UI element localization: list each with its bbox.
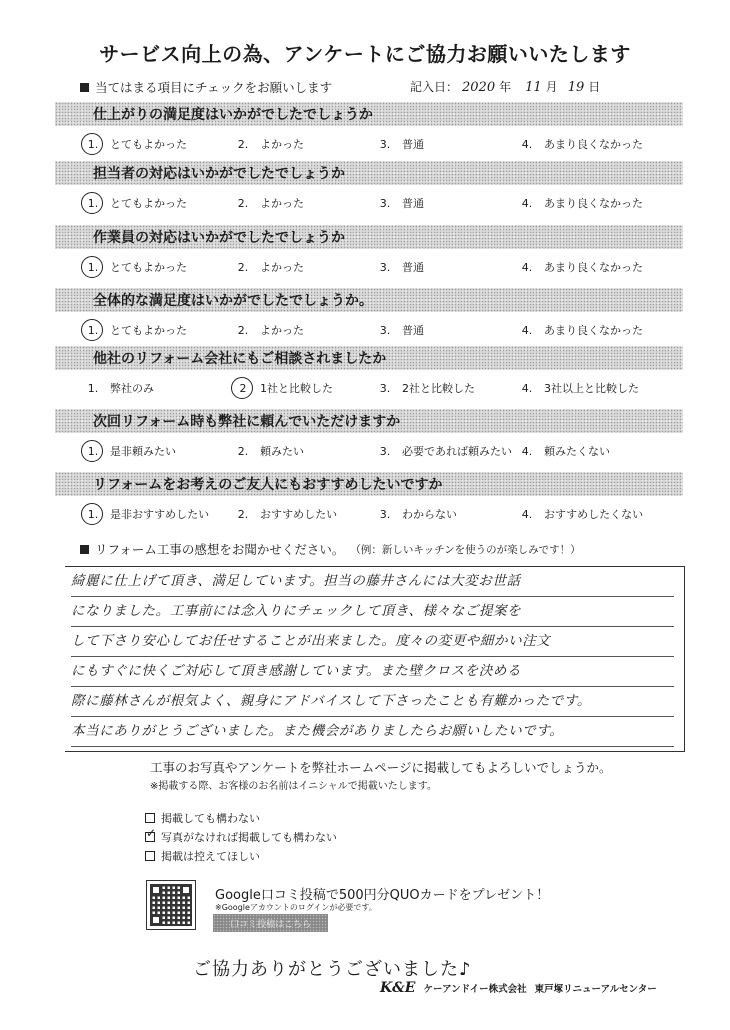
answer-option[interactable]: 3.普通 — [378, 255, 424, 279]
option-label: 弊社のみ — [110, 380, 154, 396]
option-number[interactable]: 3. — [378, 261, 392, 274]
option-label: 2社と比較した — [402, 380, 475, 396]
option-number[interactable]: 1. — [86, 382, 100, 395]
option-number[interactable]: 4. — [520, 445, 534, 458]
option-label: おすすめしたい — [260, 506, 337, 522]
option-number[interactable]: 4. — [520, 138, 534, 151]
selected-circle-icon[interactable]: 1. — [86, 445, 100, 458]
publish-question: 工事のお写真やアンケートを弊社ホームページに掲載してもよろしいでしょうか。 — [150, 758, 612, 776]
option-number[interactable]: 4. — [520, 197, 534, 210]
square-bullet-icon — [80, 545, 89, 554]
answer-option[interactable]: 1.弊社のみ — [86, 376, 154, 400]
publish-note: ※掲載する際、お客様のお名前はイニシャルで掲載いたします。 — [150, 777, 437, 792]
option-number[interactable]: 4. — [520, 382, 534, 395]
answer-option[interactable]: 3.わからない — [378, 502, 457, 526]
option-label: あまり良くなかった — [544, 136, 643, 152]
option-number[interactable]: 4. — [520, 508, 534, 521]
selected-circle-icon[interactable]: 1. — [86, 508, 100, 521]
comment-line: 本当にありがとうございました。また機会がありましたらお願いしたいです。 — [71, 717, 674, 747]
answer-option[interactable]: 3.普通 — [378, 191, 424, 215]
date-month[interactable]: 11 — [525, 80, 542, 95]
option-label: よかった — [260, 322, 304, 338]
answer-option[interactable]: 4.あまり良くなかった — [520, 191, 643, 215]
comment-textarea[interactable]: 綺麗に仕上げて頂き、満足しています。担当の藤井さんには大変お世話 になりました。… — [65, 566, 685, 752]
answer-options: 1.とてもよかった2.よかった3.普通4.あまり良くなかった — [86, 255, 686, 279]
checkbox-icon[interactable] — [145, 851, 155, 861]
comment-heading: リフォーム工事の感想をお聞かせください。 （例：新しいキッチンを使うのが楽しみで… — [80, 540, 581, 558]
option-label: わからない — [402, 506, 457, 522]
answer-option[interactable]: 1.是非おすすめしたい — [86, 502, 209, 526]
question-header: 作業員の対応はいかがでしたでしょうか — [55, 225, 683, 249]
promo-note: ※Googleアカウントのログインが必要です。 — [215, 902, 377, 913]
selected-circle-icon[interactable]: 1. — [86, 324, 100, 337]
answer-option[interactable]: 4.あまり良くなかった — [520, 255, 643, 279]
answer-option[interactable]: 4.3社以上と比較した — [520, 376, 639, 400]
answer-option[interactable]: 3.普通 — [378, 132, 424, 156]
answer-option[interactable]: 2.おすすめしたい — [236, 502, 337, 526]
company-logo: K&E — [380, 980, 415, 996]
option-label: よかった — [260, 136, 304, 152]
publish-option-label: 掲載しても構わない — [161, 810, 260, 826]
option-label: 必要であれば頼みたい — [402, 443, 512, 459]
answer-option[interactable]: 1.とてもよかった — [86, 318, 187, 342]
option-number[interactable]: 3. — [378, 197, 392, 210]
publish-option-no-photo[interactable]: 写真がなければ掲載しても構わない — [145, 829, 337, 845]
instruction: 当てはまる項目にチェックをお願いします — [80, 78, 332, 96]
date-day-unit: 日 — [588, 78, 600, 95]
answer-options: 1.とてもよかった2.よかった3.普通4.あまり良くなかった — [86, 191, 686, 215]
answer-options: 1.是非頼みたい2.頼みたい3.必要であれば頼みたい4.頼みたくない — [86, 439, 686, 463]
comment-example: （例：新しいキッチンを使うのが楽しみです！） — [350, 542, 580, 557]
answer-option[interactable]: 3.2社と比較した — [378, 376, 475, 400]
option-number[interactable]: 3. — [378, 508, 392, 521]
option-label: 普通 — [402, 322, 424, 338]
checkbox-checked-icon[interactable] — [145, 832, 155, 842]
option-number[interactable]: 2. — [236, 445, 250, 458]
qr-code[interactable] — [146, 880, 196, 930]
answer-option[interactable]: 1.とてもよかった — [86, 191, 187, 215]
selected-circle-icon[interactable]: 2 — [236, 382, 250, 395]
publish-option-ok[interactable]: 掲載しても構わない — [145, 810, 260, 826]
answer-option[interactable]: 1.とてもよかった — [86, 132, 187, 156]
thanks-message: ご協力ありがとうございました♪ — [193, 955, 472, 981]
answer-option[interactable]: 1.是非頼みたい — [86, 439, 176, 463]
option-number[interactable]: 2. — [236, 261, 250, 274]
promo-title: Google口コミ投稿で500円分QUOカードをプレゼント！ — [215, 884, 549, 903]
option-number[interactable]: 2. — [236, 508, 250, 521]
option-number[interactable]: 3. — [378, 324, 392, 337]
comment-heading-text: リフォーム工事の感想をお聞かせください。 — [95, 540, 344, 558]
answer-option[interactable]: 4.頼みたくない — [520, 439, 610, 463]
comment-line: になりました。工事前には念入りにチェックして頂き、様々なご提案を — [71, 597, 674, 627]
option-label: とてもよかった — [110, 322, 187, 338]
option-label: 3社以上と比較した — [544, 380, 639, 396]
answer-option[interactable]: 2.頼みたい — [236, 439, 304, 463]
date-day[interactable]: 19 — [568, 80, 585, 95]
answer-option[interactable]: 1.とてもよかった — [86, 255, 187, 279]
answer-option[interactable]: 2.よかった — [236, 318, 304, 342]
option-label: あまり良くなかった — [544, 322, 643, 338]
option-number[interactable]: 3. — [378, 445, 392, 458]
square-bullet-icon — [80, 83, 89, 92]
answer-option[interactable]: 4.あまり良くなかった — [520, 318, 643, 342]
question-header: 仕上がりの満足度はいかがでしたでしょうか — [55, 102, 683, 126]
option-label: おすすめしたくない — [544, 506, 643, 522]
question-header: 次回リフォーム時も弊社に頼んでいただけますか — [55, 409, 683, 433]
option-number[interactable]: 3. — [378, 138, 392, 151]
option-label: よかった — [260, 195, 304, 211]
instruction-text: 当てはまる項目にチェックをお願いします — [95, 78, 332, 96]
option-label: 是非頼みたい — [110, 443, 176, 459]
answer-options: 1.弊社のみ21社と比較した3.2社と比較した4.3社以上と比較した — [86, 376, 686, 400]
answer-option[interactable]: 21社と比較した — [236, 376, 333, 400]
option-number[interactable]: 2. — [236, 138, 250, 151]
option-label: よかった — [260, 259, 304, 275]
option-label: とてもよかった — [110, 136, 187, 152]
answer-option[interactable]: 3.必要であれば頼みたい — [378, 439, 512, 463]
answer-option[interactable]: 2.よかった — [236, 191, 304, 215]
publish-option-label: 掲載は控えてほしい — [161, 848, 260, 864]
date-label: 記入日： — [410, 78, 458, 95]
option-number[interactable]: 4. — [520, 324, 534, 337]
question-header: リフォームをお考えのご友人にもおすすめしたいですか — [55, 472, 683, 496]
publish-option-label: 写真がなければ掲載しても構わない — [161, 829, 337, 845]
answer-option[interactable]: 4.あまり良くなかった — [520, 132, 643, 156]
answer-option[interactable]: 4.おすすめしたくない — [520, 502, 643, 526]
option-label: 頼みたい — [260, 443, 304, 459]
question-header: 全体的な満足度はいかがでしたでしょうか。 — [55, 288, 683, 312]
footer: K&E ケーアンドイー株式会社 東戸塚リニューアルセンター — [380, 980, 657, 996]
option-label: あまり良くなかった — [544, 259, 643, 275]
option-label: とてもよかった — [110, 259, 187, 275]
option-label: 1社と比較した — [260, 380, 333, 396]
option-label: 是非おすすめしたい — [110, 506, 209, 522]
selected-circle-icon[interactable]: 1. — [86, 261, 100, 274]
page-title: サービス向上の為、アンケートにご協力お願いいたします — [0, 38, 730, 67]
option-number[interactable]: 2. — [236, 324, 250, 337]
answer-option[interactable]: 2.よかった — [236, 255, 304, 279]
checkbox-icon[interactable] — [145, 813, 155, 823]
publish-option-decline[interactable]: 掲載は控えてほしい — [145, 848, 260, 864]
date-year-unit: 年 — [499, 78, 511, 95]
option-label: 普通 — [402, 195, 424, 211]
option-label: 普通 — [402, 136, 424, 152]
date-month-unit: 月 — [546, 78, 558, 95]
date-year[interactable]: 2020 — [462, 80, 495, 95]
answer-options: 1.とてもよかった2.よかった3.普通4.あまり良くなかった — [86, 318, 686, 342]
comment-line: 際に藤林さんが根気よく、親身にアドバイスして下さったことも有難かったです。 — [71, 687, 674, 717]
comment-line: して下さり安心してお任せすることが出来ました。度々の変更や細かい注文 — [71, 627, 674, 657]
question-header: 担当者の対応はいかがでしたでしょうか — [55, 161, 683, 185]
option-label: 頼みたくない — [544, 443, 610, 459]
option-label: あまり良くなかった — [544, 195, 643, 211]
option-label: とてもよかった — [110, 195, 187, 211]
company-name: ケーアンドイー株式会社 — [423, 981, 526, 995]
option-number[interactable]: 3. — [378, 382, 392, 395]
entry-date: 記入日： 2020 年 11 月 19 日 — [410, 78, 600, 95]
comment-line: にもすぐに快くご対応して頂き感謝しています。また壁クロスを決める — [71, 657, 674, 687]
comment-line: 綺麗に仕上げて頂き、満足しています。担当の藤井さんには大変お世話 — [71, 567, 674, 597]
branch-name: 東戸塚リニューアルセンター — [535, 981, 657, 995]
selected-circle-icon[interactable]: 1. — [86, 197, 100, 210]
question-header: 他社のリフォーム会社にもご相談されましたか — [55, 346, 683, 370]
option-number[interactable]: 4. — [520, 261, 534, 274]
selected-circle-icon[interactable]: 1. — [86, 138, 100, 151]
answer-options: 1.とてもよかった2.よかった3.普通4.あまり良くなかった — [86, 132, 686, 156]
option-number[interactable]: 2. — [236, 197, 250, 210]
review-post-button[interactable]: 口コミ投稿はこちら — [213, 914, 328, 932]
answer-options: 1.是非おすすめしたい2.おすすめしたい3.わからない4.おすすめしたくない — [86, 502, 686, 526]
answer-option[interactable]: 3.普通 — [378, 318, 424, 342]
option-label: 普通 — [402, 259, 424, 275]
answer-option[interactable]: 2.よかった — [236, 132, 304, 156]
